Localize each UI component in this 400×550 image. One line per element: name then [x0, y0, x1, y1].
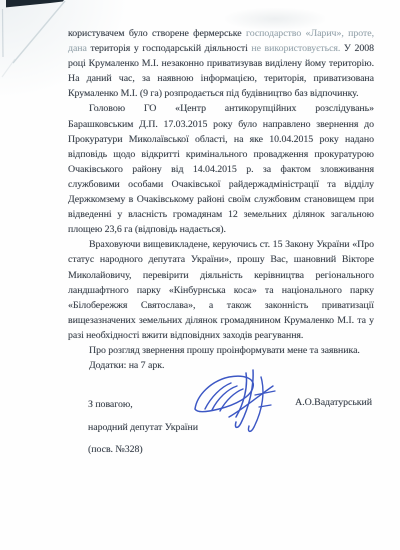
paragraph-text-segment: територія у господарській діяльності [87, 43, 252, 54]
signer-credential: (посв. №328) [88, 439, 374, 461]
paragraph-1: користувачем було створене фермерське го… [68, 26, 374, 101]
paragraph-4: Про розгляд звернення прошу проінформува… [68, 343, 374, 358]
paragraph-text-segment: користувачем було створене фермерське [68, 28, 246, 39]
signer-name: А.О.Вадатурський [295, 395, 372, 410]
scanned-letter-page: користувачем було створене фермерське го… [0, 0, 400, 550]
paragraph-3: Враховуючи вищевикладене, керуючись ст. … [68, 237, 374, 343]
paragraph-text-segment: не використовується. [251, 43, 340, 54]
paragraph-2: Головою ГО «Центр антикорупційних розслі… [68, 101, 374, 237]
letter-body: користувачем було створене фермерське го… [68, 26, 374, 461]
signature-scribble [191, 367, 286, 437]
closing-block: З повагою, народний депутат України (пос… [68, 394, 374, 461]
